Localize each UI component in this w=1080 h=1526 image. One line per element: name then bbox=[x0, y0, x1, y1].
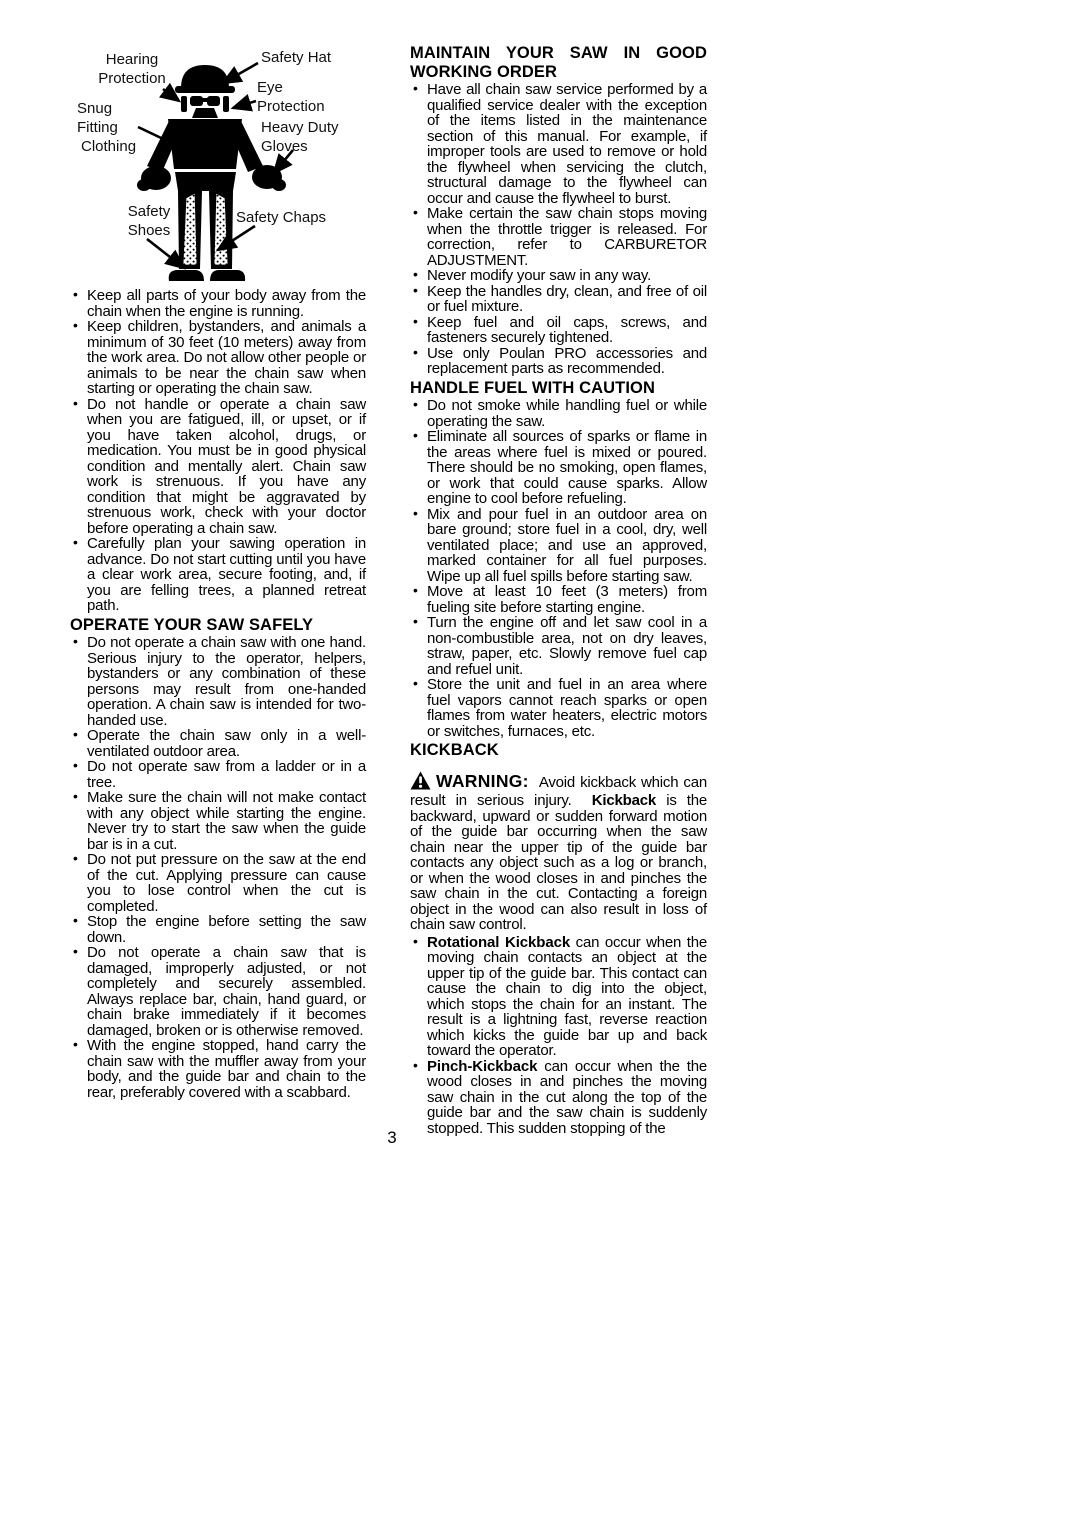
bullet-dot: • bbox=[413, 934, 418, 950]
bullet-dot: • bbox=[413, 506, 418, 522]
section-heading-operate: OPERATE YOUR SAW SAFELY bbox=[70, 616, 366, 635]
label-safety-shoes: Safety Shoes bbox=[116, 202, 182, 240]
label-line: Shoes bbox=[116, 221, 182, 240]
bullet-text: Do not put pressure on the saw at the en… bbox=[87, 851, 366, 915]
bullet-dot: • bbox=[413, 314, 418, 330]
bullet-dot: • bbox=[413, 81, 418, 97]
bullet-item: •Stop the engine before setting the saw … bbox=[70, 914, 366, 945]
bullet-dot: • bbox=[73, 851, 78, 867]
bullet-dot: • bbox=[73, 318, 78, 334]
label-line: Fitting bbox=[77, 118, 136, 137]
bullet-text: Do not operate saw from a ladder or in a… bbox=[87, 758, 366, 791]
bullet-text: Make sure the chain will not make contac… bbox=[87, 789, 366, 853]
label-heavy-duty-gloves: Heavy Duty Gloves bbox=[261, 118, 339, 156]
bullet-item: •Keep all parts of your body away from t… bbox=[70, 288, 366, 319]
right-column: MAINTAIN YOUR SAW IN GOOD WORKING ORDER … bbox=[410, 42, 707, 1136]
bullet-dot: • bbox=[413, 676, 418, 692]
bullet-item: •With the engine stopped, hand carry the… bbox=[70, 1038, 366, 1100]
label-line: Gloves bbox=[261, 137, 339, 156]
bullet-item: •Keep children, bystanders, and animals … bbox=[70, 319, 366, 397]
warning-bold-word: Kickback bbox=[592, 792, 656, 809]
shoes-arrow bbox=[147, 239, 184, 268]
label-line: Protection bbox=[84, 69, 180, 88]
bullet-item: •Eliminate all sources of sparks or flam… bbox=[410, 429, 707, 507]
label-line: Snug bbox=[77, 99, 136, 118]
bullet-dot: • bbox=[73, 535, 78, 551]
label-eye-protection: Eye Protection bbox=[257, 78, 325, 116]
left-column: •Keep all parts of your body away from t… bbox=[70, 288, 366, 1100]
bullet-text: Do not operate a chain saw with one hand… bbox=[87, 634, 366, 729]
bullet-dot: • bbox=[73, 1037, 78, 1053]
kickback-warning-paragraph: WARNING:Avoid kickback which can result … bbox=[410, 771, 707, 933]
bullet-item: •Do not handle or operate a chain saw wh… bbox=[70, 397, 366, 537]
label-line: Safety bbox=[116, 202, 182, 221]
label-line: Clothing bbox=[77, 137, 136, 156]
safety-equipment-diagram: Hearing Protection Safety Hat Eye Protec… bbox=[60, 38, 405, 290]
label-safety-chaps: Safety Chaps bbox=[236, 208, 326, 227]
label-safety-hat: Safety Hat bbox=[261, 48, 331, 67]
bullet-text: Turn the engine off and let saw cool in … bbox=[427, 614, 707, 678]
bullet-item: •Do not put pressure on the saw at the e… bbox=[70, 852, 366, 914]
bullet-text: Keep fuel and oil caps, screws, and fast… bbox=[427, 314, 707, 347]
bullet-text: With the engine stopped, hand carry the … bbox=[87, 1037, 366, 1101]
bullet-text: Use only Poulan PRO accessories and repl… bbox=[427, 345, 707, 378]
safety-hat-arrow bbox=[223, 63, 258, 83]
bullet-item: •Turn the engine off and let saw cool in… bbox=[410, 615, 707, 677]
page-number: 3 bbox=[372, 1128, 412, 1148]
bullet-text: Do not handle or operate a chain saw whe… bbox=[87, 396, 366, 537]
section-heading-fuel: HANDLE FUEL WITH CAUTION bbox=[410, 379, 707, 398]
bullet-item: •Do not smoke while handling fuel or whi… bbox=[410, 398, 707, 429]
label-line: Safety Hat bbox=[261, 48, 331, 67]
section-heading-maintain: MAINTAIN YOUR SAW IN GOOD WORKING ORDER bbox=[410, 44, 707, 81]
bullet-item: •Move at least 10 feet (3 meters) from f… bbox=[410, 584, 707, 615]
bullet-text: Operate the chain saw only in a well-ven… bbox=[87, 727, 366, 760]
bullet-dot: • bbox=[73, 634, 78, 650]
bullet-text: Mix and pour fuel in an outdoor area on … bbox=[427, 506, 707, 585]
bullet-item: •Use only Poulan PRO accessories and rep… bbox=[410, 346, 707, 377]
bullet-text: Eliminate all sources of sparks or flame… bbox=[427, 428, 707, 507]
bullet-dot: • bbox=[413, 283, 418, 299]
bullet-text: Rotational Kickback can occur when the m… bbox=[427, 934, 707, 1060]
bullet-dot: • bbox=[73, 758, 78, 774]
bullet-item: •Make sure the chain will not make conta… bbox=[70, 790, 366, 852]
bullet-dot: • bbox=[413, 1058, 418, 1074]
label-line: Protection bbox=[257, 97, 325, 116]
bullet-text: Carefully plan your sawing operation in … bbox=[87, 535, 366, 614]
bullet-item: •Do not operate saw from a ladder or in … bbox=[70, 759, 366, 790]
label-hearing-protection: Hearing Protection bbox=[84, 50, 180, 88]
manual-page: Hearing Protection Safety Hat Eye Protec… bbox=[0, 0, 1080, 1526]
bullet-item: •Rotational Kickback can occur when the … bbox=[410, 935, 707, 1059]
warning-text: is the backward, upward or sudden forwar… bbox=[410, 792, 707, 933]
bullet-dot: • bbox=[413, 583, 418, 599]
warning-triangle-icon bbox=[410, 771, 431, 794]
bullet-item: •Never modify your saw in any way. bbox=[410, 268, 707, 284]
bullet-dot: • bbox=[73, 913, 78, 929]
bullet-bold-lead: Pinch-Kickback bbox=[427, 1058, 537, 1075]
bullet-text: Keep all parts of your body away from th… bbox=[87, 287, 366, 320]
bullet-dot: • bbox=[413, 614, 418, 630]
bullet-text: Have all chain saw service performed by … bbox=[427, 81, 707, 207]
bullet-text: Never modify your saw in any way. bbox=[427, 267, 651, 284]
bullet-item: •Store the unit and fuel in an area wher… bbox=[410, 677, 707, 739]
bullet-item: •Carefully plan your sawing operation in… bbox=[70, 536, 366, 614]
bullet-item: •Keep the handles dry, clean, and free o… bbox=[410, 284, 707, 315]
label-line: Hearing bbox=[84, 50, 180, 69]
label-line: Heavy Duty bbox=[261, 118, 339, 137]
bullet-item: •Operate the chain saw only in a well-ve… bbox=[70, 728, 366, 759]
bullet-item: •Do not operate a chain saw with one han… bbox=[70, 635, 366, 728]
bullet-dot: • bbox=[413, 428, 418, 444]
bullet-rest: can occur when the moving chain contacts… bbox=[427, 934, 707, 1060]
bullet-text: Keep the handles dry, clean, and free of… bbox=[427, 283, 707, 316]
bullet-item: •Have all chain saw service performed by… bbox=[410, 82, 707, 206]
bullet-item: •Do not operate a chain saw that is dama… bbox=[70, 945, 366, 1038]
bullet-text: Do not operate a chain saw that is damag… bbox=[87, 944, 366, 1039]
bullet-dot: • bbox=[73, 287, 78, 303]
bullet-dot: • bbox=[413, 267, 418, 283]
eye-protection-arrow bbox=[233, 101, 256, 108]
bullet-item: •Mix and pour fuel in an outdoor area on… bbox=[410, 507, 707, 585]
bullet-text: Make certain the saw chain stops moving … bbox=[427, 205, 707, 269]
bullet-dot: • bbox=[73, 396, 78, 412]
bullet-dot: • bbox=[413, 205, 418, 221]
label-line: Eye bbox=[257, 78, 325, 97]
bullet-text: Do not smoke while handling fuel or whil… bbox=[427, 397, 707, 430]
bullet-item: •Pinch-Kickback can occur when the the w… bbox=[410, 1059, 707, 1137]
bullet-text: Stop the engine before setting the saw d… bbox=[87, 913, 366, 946]
label-snug-fitting-clothing: Snug Fitting Clothing bbox=[77, 99, 136, 156]
bullet-dot: • bbox=[413, 345, 418, 361]
bullet-dot: • bbox=[73, 789, 78, 805]
bullet-text: Move at least 10 feet (3 meters) from fu… bbox=[427, 583, 707, 616]
bullet-item: •Make certain the saw chain stops moving… bbox=[410, 206, 707, 268]
bullet-bold-lead: Rotational Kickback bbox=[427, 934, 570, 951]
bullet-dot: • bbox=[73, 727, 78, 743]
bullet-dot: • bbox=[73, 944, 78, 960]
label-line: Safety Chaps bbox=[236, 208, 326, 227]
bullet-item: •Keep fuel and oil caps, screws, and fas… bbox=[410, 315, 707, 346]
bullet-text: Store the unit and fuel in an area where… bbox=[427, 676, 707, 740]
bullet-text: Keep children, bystanders, and animals a… bbox=[87, 318, 366, 397]
warning-label: WARNING: bbox=[436, 771, 529, 791]
bullet-dot: • bbox=[413, 397, 418, 413]
bullet-text: Pinch-Kickback can occur when the the wo… bbox=[427, 1058, 707, 1137]
chaps-texture bbox=[183, 193, 228, 265]
section-heading-kickback: KICKBACK bbox=[410, 741, 707, 760]
